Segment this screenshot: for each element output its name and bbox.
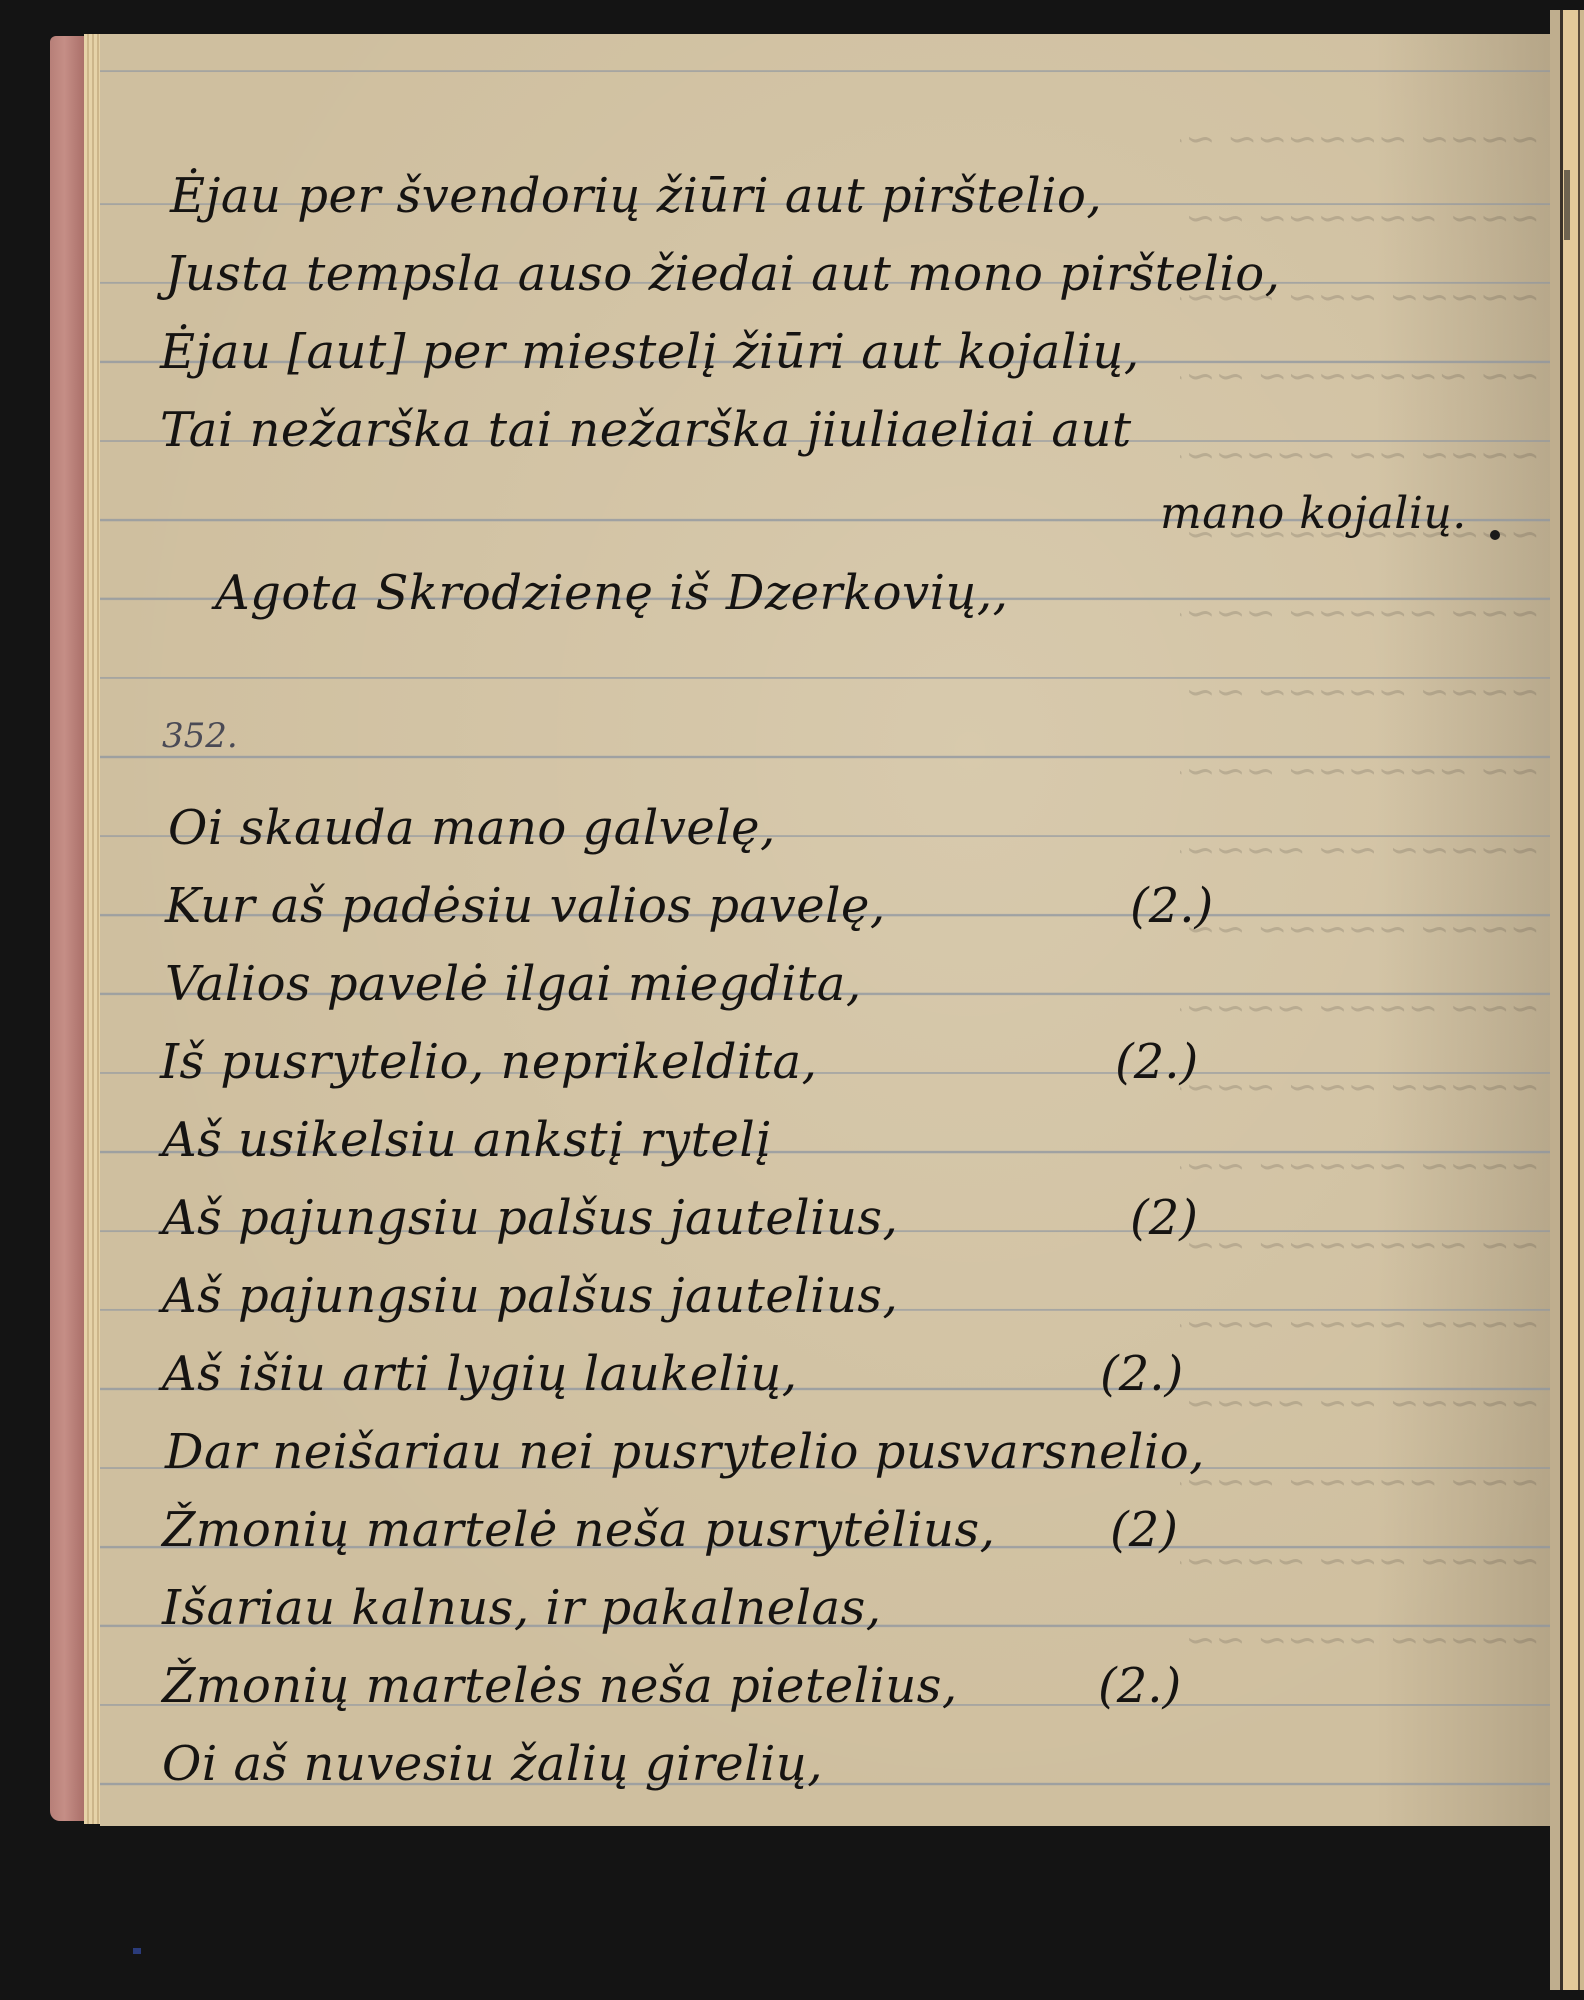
song-line-2: Kur aš padėsiu valios pavelę, xyxy=(165,878,886,934)
prev-song-continuation: mano kojalių. xyxy=(1160,488,1467,539)
binding-mark xyxy=(1564,170,1570,240)
repeat-marker: (2.) xyxy=(1098,1658,1181,1714)
song-line-13: Oi aš nuvesiu žalių girelių, xyxy=(162,1736,823,1792)
prev-song-line-4: Tai nežarška tai nežarška jiuliaeliai au… xyxy=(160,402,1132,458)
notebook-spine xyxy=(50,36,86,1821)
ink-blot xyxy=(1490,530,1500,540)
prev-song-line-2: Justa tempsla auso žiedai aut mono piršt… xyxy=(165,246,1280,302)
singer-attribution: Agota Skrodzienę iš Dzerkovių,, xyxy=(215,565,1008,621)
song-line-5: Aš usikelsiu ankstį rytelį xyxy=(162,1112,771,1168)
prev-song-line-1: Ėjau per švendorių žiūri aut pirštelio, xyxy=(170,168,1102,224)
song-line-7: Aš pajungsiu palšus jautelius, xyxy=(162,1268,898,1324)
song-line-4: Iš pusrytelio, neprikeldita, xyxy=(160,1034,817,1090)
song-line-6: Aš pajungsiu palšus jautelius, xyxy=(162,1190,898,1246)
song-number: 352. xyxy=(162,716,238,756)
song-line-3: Valios pavelė ilgai miegdita, xyxy=(165,956,862,1012)
ink-mark xyxy=(133,1948,141,1954)
repeat-marker: (2.) xyxy=(1115,1034,1198,1090)
song-line-11: Išariau kalnus, ir pakalnelas, xyxy=(162,1580,881,1636)
ink-bleed-through: ~~~~ ~~~~~~ ~~~~~~~ ~~~~~~ ~~~~~~~ ~~~ ~… xyxy=(1180,100,1540,1800)
repeat-marker: (2.) xyxy=(1130,878,1213,934)
repeat-marker: (2) xyxy=(1130,1190,1198,1246)
song-line-1: Oi skauda mano galvelę, xyxy=(168,800,776,856)
song-line-12: Žmonių martelės neša pietelius, xyxy=(162,1658,958,1714)
repeat-marker: (2.) xyxy=(1100,1346,1183,1402)
song-line-10: Žmonių martelė neša pusrytėlius, xyxy=(162,1502,995,1558)
prev-song-line-3: Ėjau [aut] per miestelį žiūri aut kojali… xyxy=(160,324,1140,380)
notebook-binding xyxy=(1550,10,1584,1990)
repeat-marker: (2) xyxy=(1110,1502,1178,1558)
song-line-9: Dar neišariau nei pusrytelio pusvarsneli… xyxy=(165,1424,1205,1480)
song-line-8: Aš išiu arti lygių laukelių, xyxy=(162,1346,798,1402)
